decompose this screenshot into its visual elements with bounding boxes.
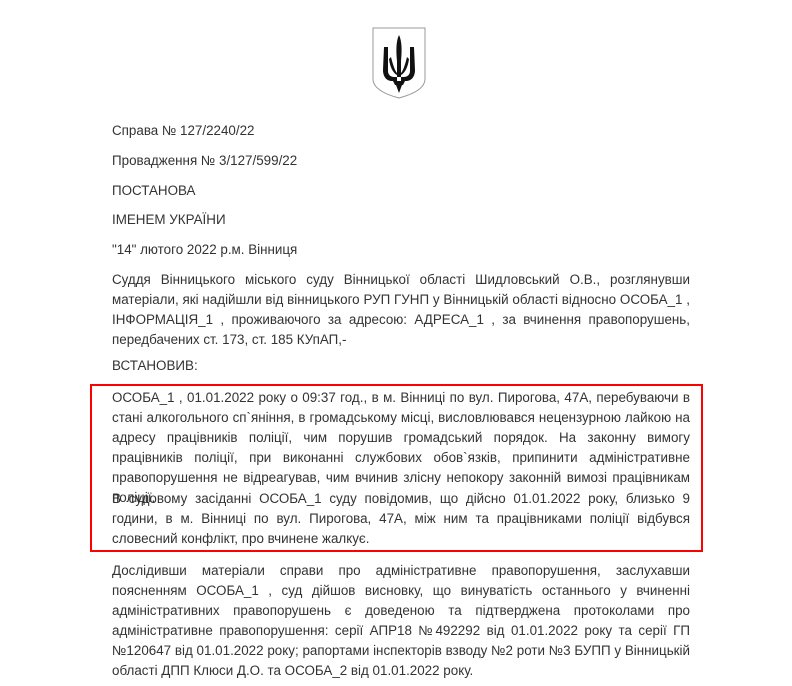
coat-of-arms-icon [372, 27, 426, 99]
proceeding-number: Провадження № 3/127/599/22 [112, 151, 297, 171]
established-heading: ВСТАНОВИВ: [112, 356, 198, 376]
document-title: ПОСТАНОВА [112, 181, 195, 201]
date-place: "14" лютого 2022 р.м. Вінниця [112, 240, 297, 260]
document-subtitle: ІМЕНЕМ УКРАЇНИ [112, 210, 226, 230]
highlighted-text-2: В судовому засіданні ОСОБА_1 суду повідо… [112, 489, 690, 549]
findings-text: Дослідивши матеріали справи про адмініст… [112, 561, 690, 681]
highlighted-paragraph-2: В судовому засіданні ОСОБА_1 суду повідо… [112, 489, 690, 549]
findings-paragraph: Дослідивши матеріали справи про адмініст… [112, 561, 690, 681]
intro-text: Суддя Вінницького міського суду Вінницьк… [112, 270, 690, 350]
case-number: Справа № 127/2240/22 [112, 121, 255, 141]
intro-paragraph: Суддя Вінницького міського суду Вінницьк… [112, 270, 690, 350]
